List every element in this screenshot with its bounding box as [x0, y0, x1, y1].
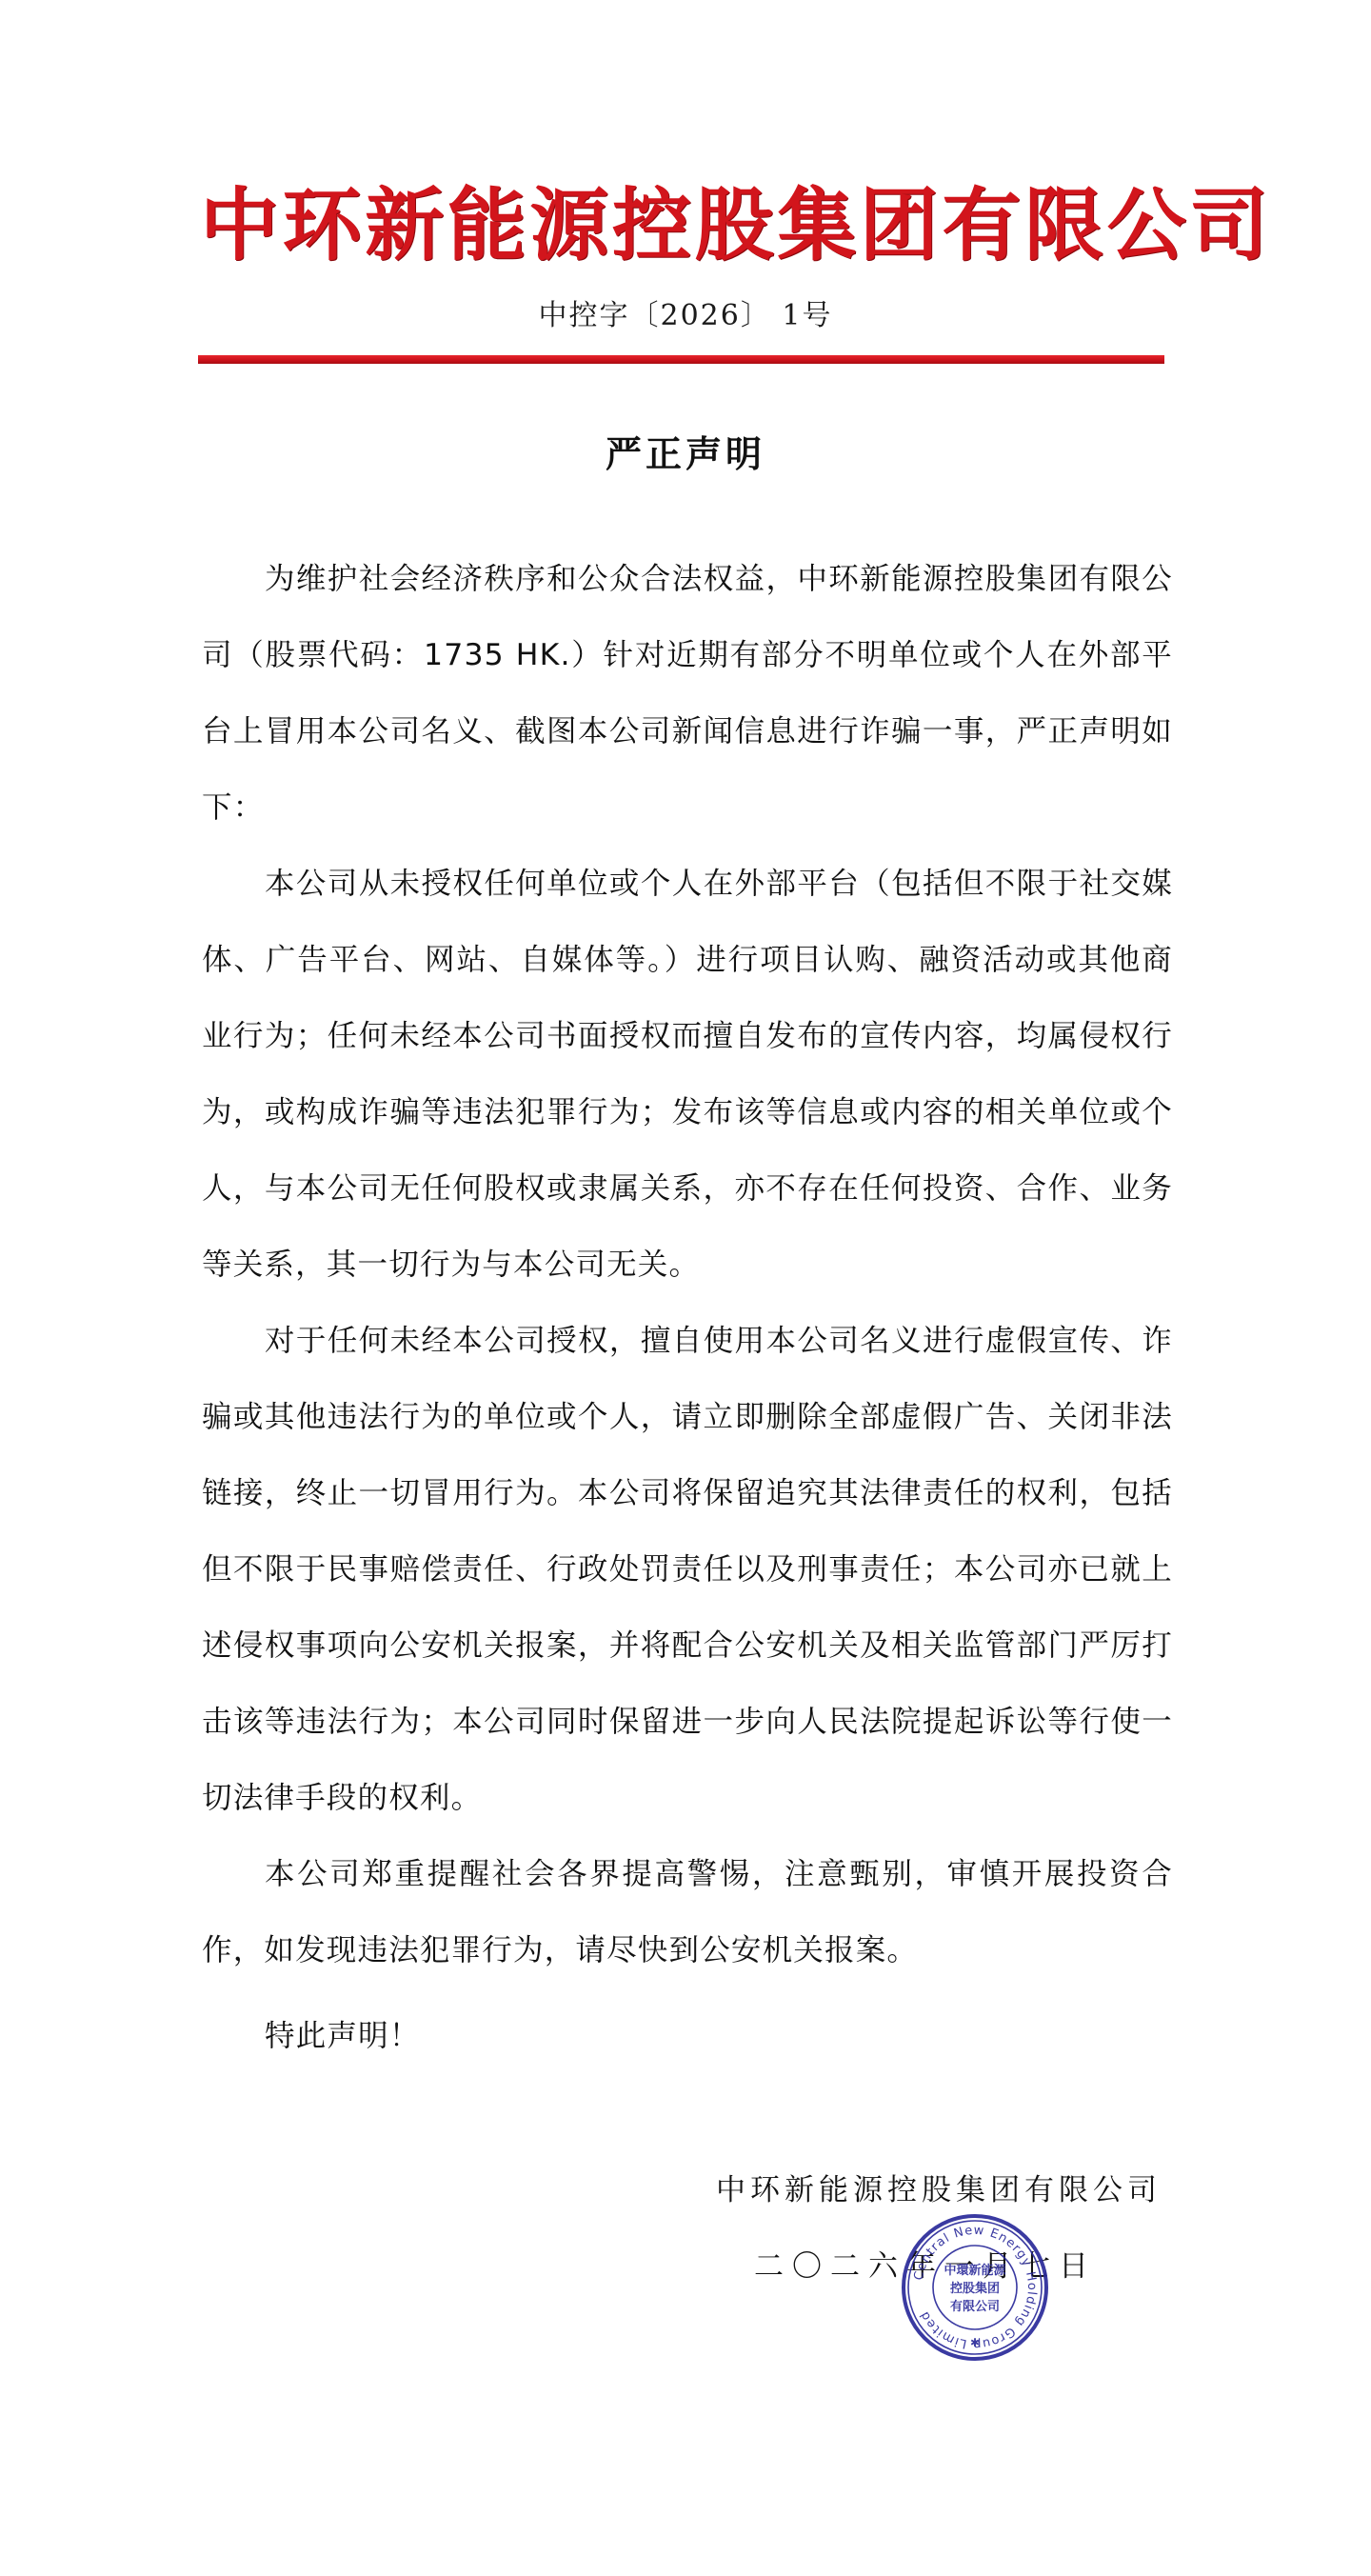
- seal-inner-line-3: 有限公司: [950, 2299, 1000, 2314]
- signature-company: 中环新能源控股集团有限公司: [716, 2171, 1162, 2209]
- paragraph-legal-action: 对于任何未经本公司授权，擅自使用本公司名义进行虚假宣传、诈骗或其他违法行为的单位…: [202, 1303, 1173, 1836]
- seal-inner-line-1: 中環新能源: [944, 2263, 1006, 2278]
- statement-document: 中环新能源控股集团有限公司 中控字〔2026〕 1号 严正声明 为维护社会经济秩…: [0, 0, 1371, 2576]
- paragraph-no-authorization: 本公司从未授权任何单位或个人在外部平台（包括但不限于社交媒体、广告平台、网站、自…: [202, 846, 1173, 1303]
- letterhead-company-name: 中环新能源控股集团有限公司: [200, 177, 1190, 272]
- statement-heading: 严正声明: [0, 430, 1371, 478]
- company-seal-icon: Central New Energy Holding Group Limited…: [899, 2211, 1051, 2364]
- closing-remark: 特此声明！: [202, 1998, 1173, 2074]
- letterhead-red-rule: [198, 355, 1164, 364]
- svg-text:✱: ✱: [970, 2336, 980, 2349]
- seal-inner-line-2: 控股集团: [950, 2281, 1000, 2296]
- paragraph-intro: 为维护社会经济秩序和公众合法权益，中环新能源控股集团有限公司（股票代码：1735…: [202, 541, 1173, 846]
- document-number: 中控字〔2026〕 1号: [0, 297, 1371, 335]
- statement-body: 为维护社会经济秩序和公众合法权益，中环新能源控股集团有限公司（股票代码：1735…: [202, 541, 1173, 2074]
- paragraph-public-warning: 本公司郑重提醒社会各界提高警惕，注意甄别，审慎开展投资合作，如发现违法犯罪行为，…: [202, 1836, 1173, 1988]
